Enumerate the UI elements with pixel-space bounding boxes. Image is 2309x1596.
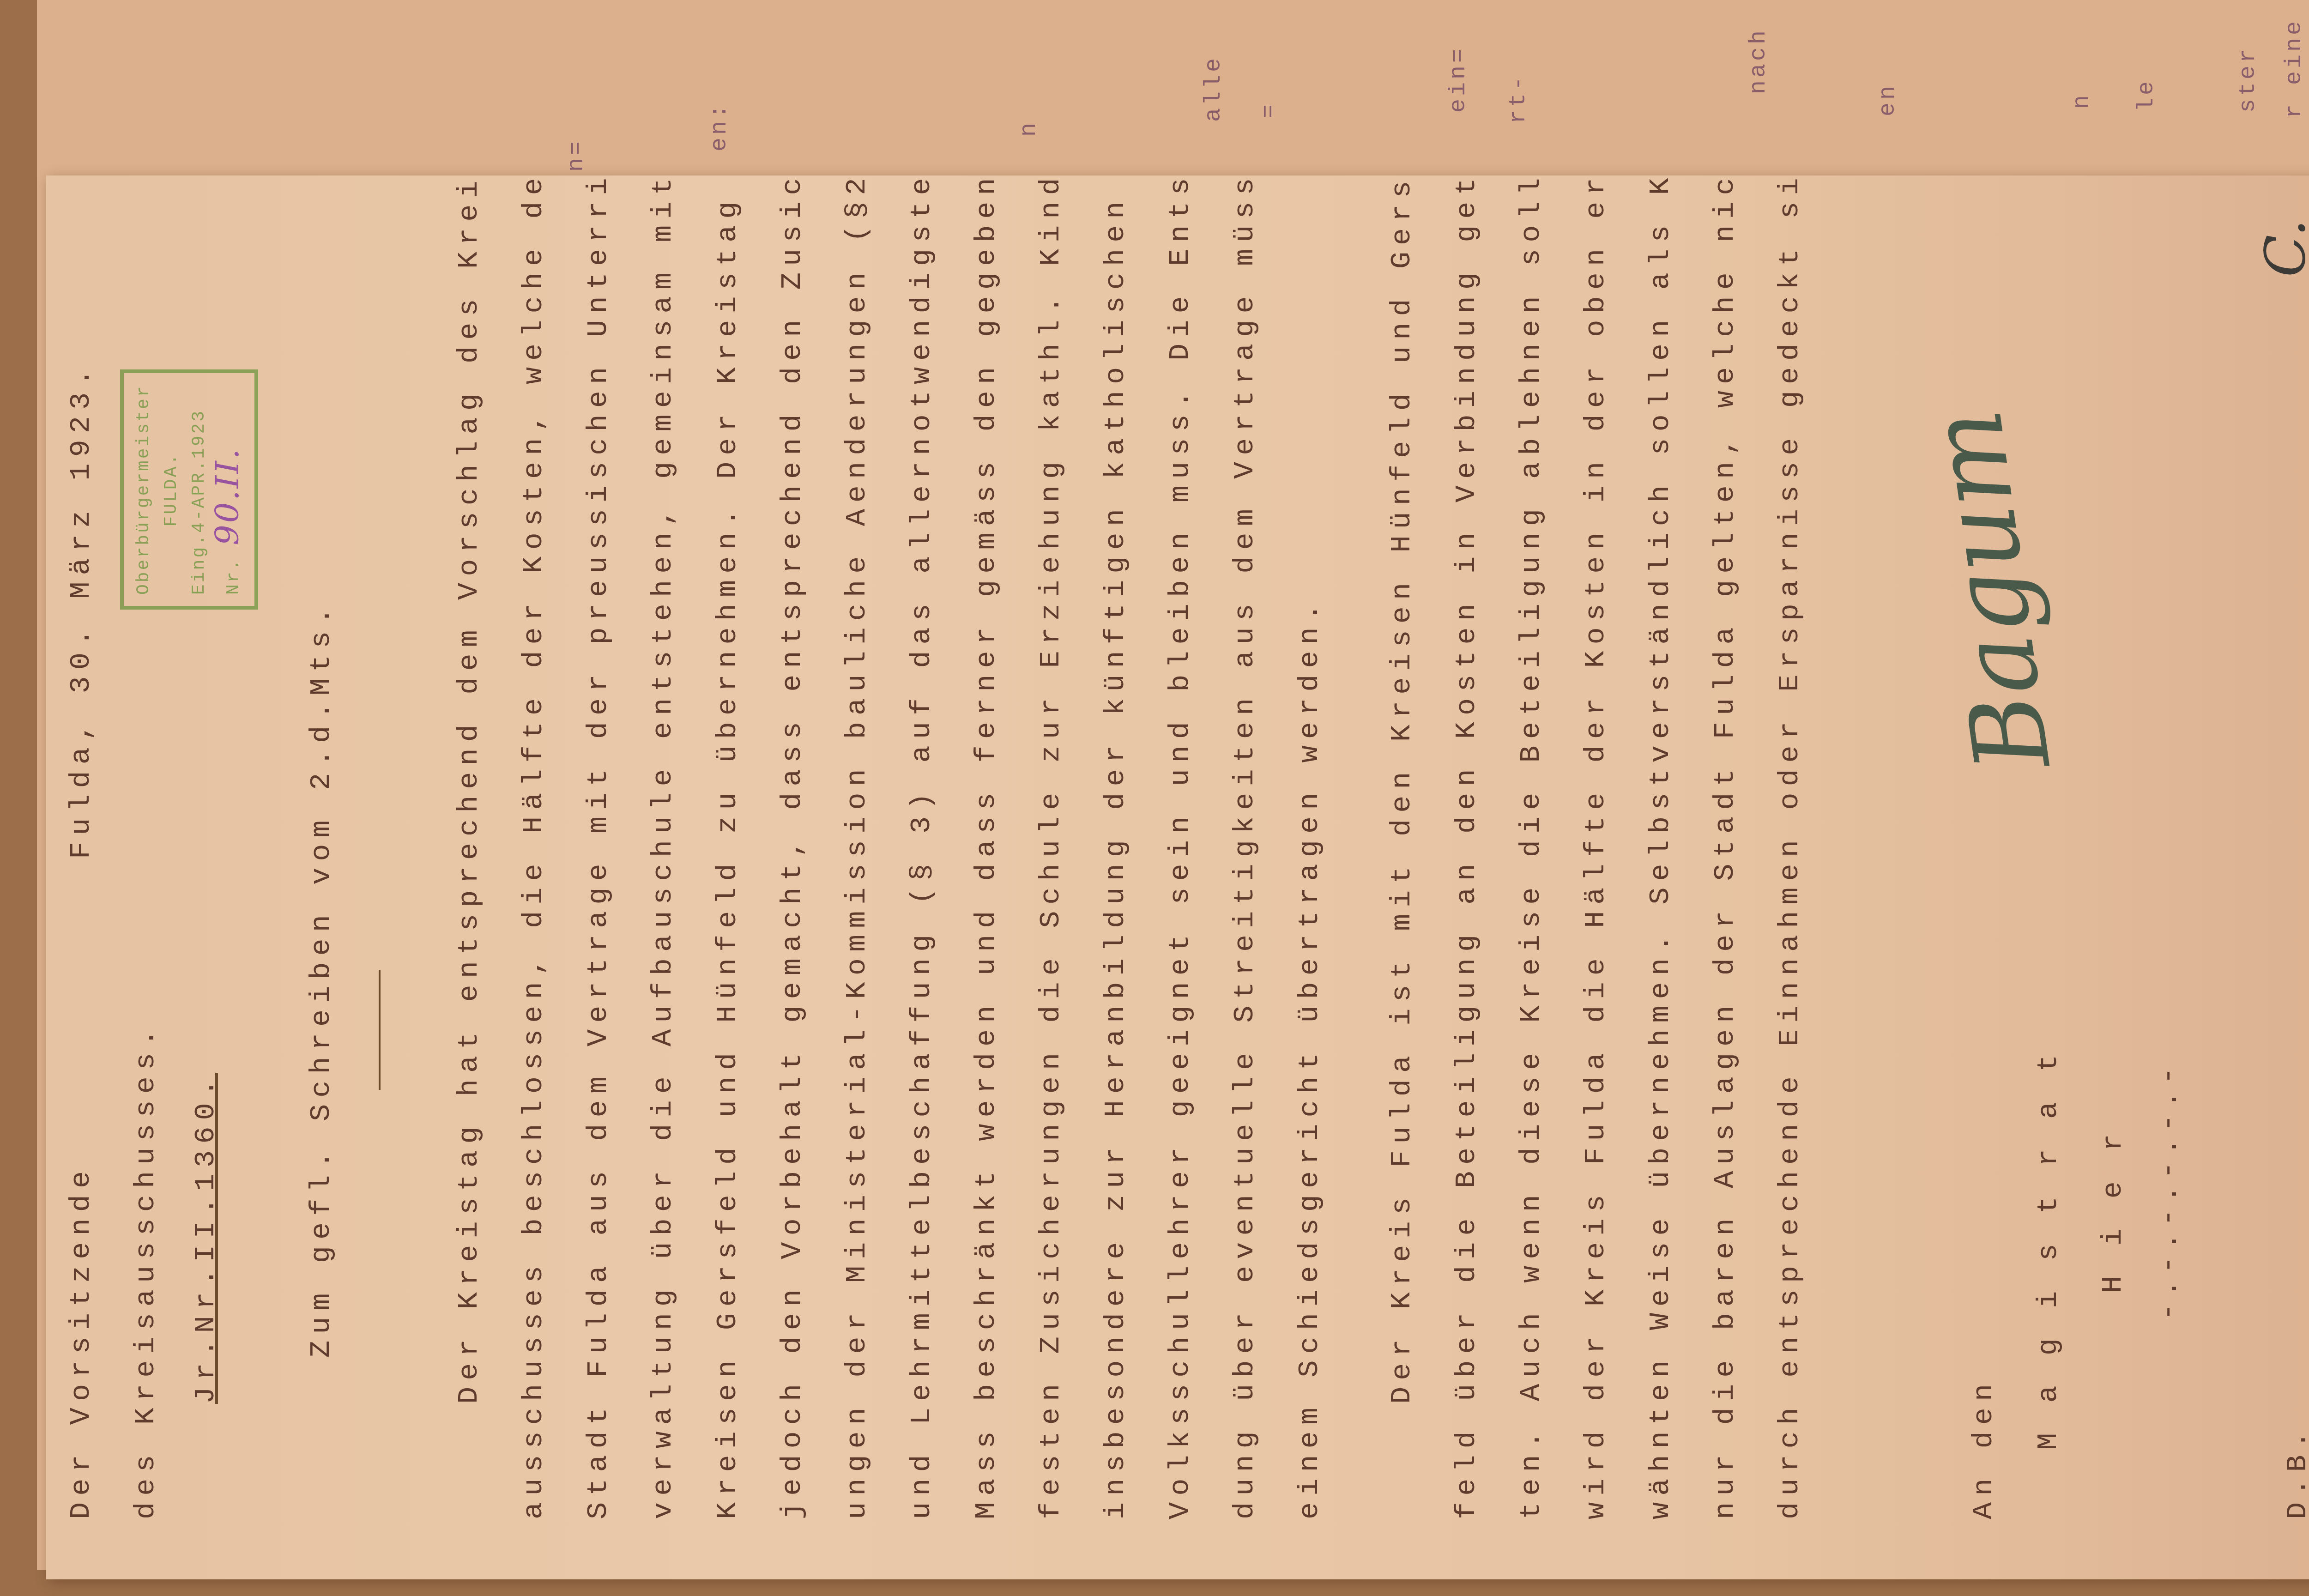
stamp-line: Nr.: [224, 558, 244, 595]
underlying-text-fragment: =: [1256, 102, 1282, 118]
recipient-line: An den: [1967, 1378, 2000, 1519]
underlying-text-fragment: rt-: [1505, 74, 1532, 124]
paragraph-1-line: jedoch den Vorbehalt gemacht, dass entsp…: [776, 175, 809, 1519]
place-date: Fulda, 30. März 1923.: [65, 363, 97, 859]
stamp-line: Oberbürgermeister: [130, 384, 158, 595]
reference-line: Zum gefl. Schreiben vom 2.d.Mts.: [305, 601, 338, 1358]
underlying-text-fragment: n: [1016, 120, 1042, 137]
paragraph-1-line: festen Zusicherungen die Schule zur Erzi…: [1034, 175, 1067, 1519]
divider: [379, 970, 381, 1090]
paragraph-2-line: ten. Auch wenn diese Kreise die Beteilig…: [1515, 175, 1547, 1519]
paragraph-2-line: durch entsprechende Einnahmen oder Erspa…: [1773, 175, 1806, 1519]
paragraph-1-line: ausschusses beschlossen, die Hälfte der …: [517, 175, 550, 1519]
underlying-text-fragment: ein=: [1445, 46, 1472, 113]
paragraph-1-line: Mass beschränkt werden und dass ferner g…: [970, 175, 1003, 1519]
paragraph-1-line: Volksschullehrer geeignet sein und bleib…: [1164, 175, 1197, 1519]
recipient-line: H i e r: [2097, 1128, 2129, 1293]
paragraph-1-line: Der Kreistag hat entsprechend dem Vorsch…: [453, 175, 485, 1404]
sender-line: des Kreisausschusses.: [129, 1023, 162, 1519]
received-stamp: Oberbürgermeister FULDA. Eing.4-APR.1923…: [120, 369, 258, 610]
paragraph-1-line: verwaltung über die Aufbauschule entsteh…: [647, 175, 679, 1519]
recipient-line: M a g i s t r a t: [2032, 1048, 2065, 1450]
paragraph-1-line: Kreisen Gersfeld und Hünfeld zu übernehm…: [711, 175, 744, 1519]
paragraph-2-line: nur die baren Auslagen der Stadt Fulda g…: [1709, 175, 1741, 1519]
handwritten-signature: Bagum: [1906, 403, 2073, 778]
underlying-text-fragment: alle: [1201, 55, 1227, 122]
paragraph-1-line: und Lehrmittelbeschaffung (§ 3) auf das …: [905, 175, 938, 1519]
paragraph-1-line: einem Schiedsgericht übertragen werden.: [1293, 597, 1326, 1519]
corner-handwritten-mark: C.: [2254, 219, 2309, 277]
letter-sheet: Der Vorsitzende des Kreisausschusses. Jr…: [46, 175, 2309, 1579]
stamp-line: FULDA.: [158, 384, 186, 595]
underlying-text-fragment: en: [1875, 83, 1901, 116]
paragraph-2-line: Der Kreis Fulda ist mit den Kreisen Hünf…: [1385, 175, 1418, 1404]
recipient-underline: -.-.-.-.-.-: [2152, 1061, 2185, 1321]
underlying-text-fragment: ster: [2235, 46, 2261, 113]
paragraph-1-line: Stadt Fulda aus dem Vertrage mit der pre…: [582, 175, 615, 1519]
reference-number: Jr.Nr.II.1360.: [189, 1073, 222, 1404]
paragraph-1-line: dung über eventuelle Streitigkeiten aus …: [1228, 175, 1261, 1519]
underlying-text-fragment: le: [2134, 79, 2160, 112]
sender-line: Der Vorsitzende: [65, 1165, 97, 1519]
paragraph-1-line: insbesondere zur Heranbildung der künfti…: [1099, 195, 1132, 1519]
underlying-text-fragment: en:: [707, 102, 733, 151]
footer-initials: D.B.: [2281, 1425, 2309, 1519]
paragraph-2-line: feld über die Beteiligung an den Kosten …: [1450, 175, 1483, 1519]
handwritten-number: 90.II.: [208, 447, 246, 545]
paragraph-2-line: wähnten Weise übernehmen. Selbstverständ…: [1644, 175, 1677, 1519]
underlying-text-fragment: nach: [1746, 28, 1772, 94]
paragraph-1-line: ungen der Ministerial-Kommission baulich…: [840, 175, 873, 1519]
underlying-text-fragment: r eine: [2281, 18, 2308, 118]
paragraph-2-line: wird der Kreis Fulda die Hälfte der Kost…: [1579, 175, 1612, 1519]
underlying-text-fragment: n: [2069, 92, 2095, 109]
letter-content: Der Vorsitzende des Kreisausschusses. Jr…: [46, 175, 2309, 1579]
